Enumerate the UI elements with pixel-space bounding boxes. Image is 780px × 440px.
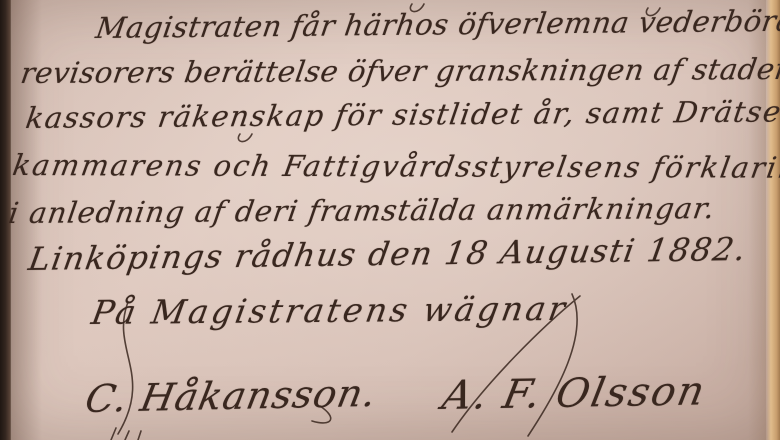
handwritten-line-3: kassors räkenskap för sistlidet år, samt… xyxy=(24,97,780,133)
handwritten-line-1: Magistraten får härhos öfverlemna vederb… xyxy=(94,6,780,43)
signature-olsson: A. F. Olsson xyxy=(439,371,709,416)
signing-phrase: På Magistratens wägnar xyxy=(89,292,570,329)
cutoff-strokes xyxy=(111,428,141,440)
handwritten-line-5: i anledning af deri framstälda anmärknin… xyxy=(7,194,717,228)
loop-flourish xyxy=(238,134,252,142)
dateline: Linköpings rådhus den 18 Augusti 1882. xyxy=(26,233,749,275)
handwritten-line-2: revisorers berättelse öfver granskningen… xyxy=(19,55,780,88)
document-photo: Magistraten får härhos öfverlemna vederb… xyxy=(0,0,780,440)
signature-hakansson: C. Håkansson. xyxy=(82,374,380,418)
handwritten-line-4: kammarens och Fattigvårdsstyrelsens förk… xyxy=(11,151,780,183)
